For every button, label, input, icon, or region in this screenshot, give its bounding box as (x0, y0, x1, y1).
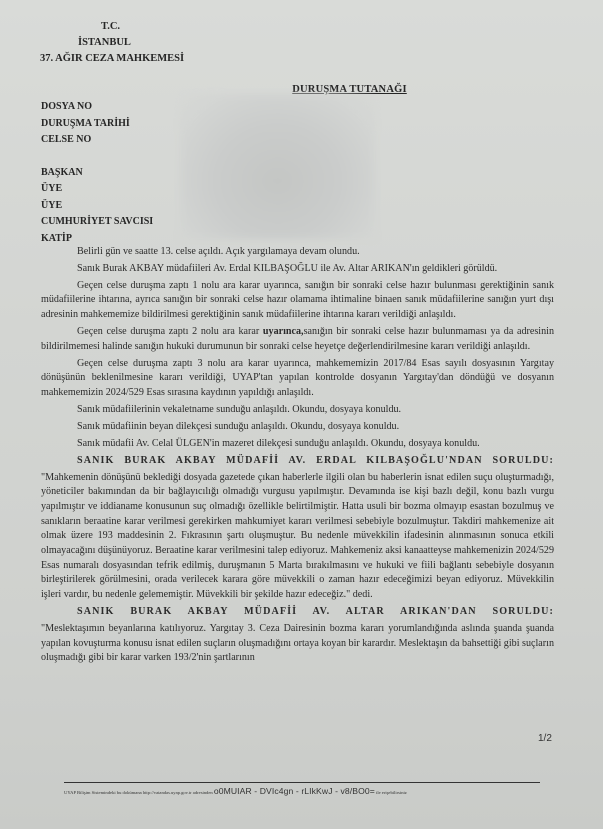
paragraph-excuse-petition: Sanık müdafii Av. Celal ÜLGEN'in mazeret… (41, 437, 554, 452)
paragraph-interim-2: Geçen celse duruşma zaptı 2 nolu ara kar… (41, 325, 554, 354)
paragraph-power-of-attorney: Sanık müdafiilerinin vekaletname sunduğu… (41, 403, 554, 418)
header-city: İSTANBUL (40, 35, 184, 51)
paragraph-opening: Belirli gün ve saatte 13. celse açıldı. … (41, 245, 554, 260)
paragraph-interim-1: Geçen celse duruşma zaptı 1 nolu ara kar… (41, 279, 554, 323)
paragraph-statement-petition: Sanık müdafiinin beyan dilekçesi sunduğu… (41, 420, 554, 435)
redacted-values-blur (180, 94, 375, 239)
document-page: T.C. İSTANBUL 37. AĞIR CEZA MAHKEMESİ DU… (0, 0, 603, 829)
case-fields: DOSYA NO DURUŞMA TARİHİ CELSE NO BAŞKAN … (41, 99, 153, 247)
field-dosya-no: DOSYA NO (41, 99, 153, 116)
field-uye-1: ÜYE (41, 181, 153, 198)
footer-divider (64, 782, 540, 783)
text-bold: uyarınca, (263, 326, 304, 337)
heading-question-2: SANIK BURAK AKBAY MÜDAFİİ AV. ALTAR ARIK… (41, 605, 554, 620)
paragraph-answer-1: "Mahkemenin dönüşünü beklediği dosyada g… (41, 471, 554, 603)
header-tc: T.C. (40, 19, 184, 35)
paragraph-interim-3: Geçen celse duruşma zaptı 3 nolu ara kar… (41, 357, 554, 401)
field-uye-2: ÜYE (41, 198, 153, 215)
court-header: T.C. İSTANBUL 37. AĞIR CEZA MAHKEMESİ (40, 19, 184, 67)
spacer (41, 149, 153, 165)
paragraph-attendance: Sanık Burak AKBAY müdafiileri Av. Erdal … (41, 262, 554, 277)
page-number: 1/2 (538, 733, 552, 744)
minutes-body: Belirli gün ve saatte 13. celse açıldı. … (41, 245, 554, 668)
field-durusma-tarihi: DURUŞMA TARİHİ (41, 116, 153, 133)
paragraph-answer-2: "Meslektaşımın beyanlarına katılıyoruz. … (41, 622, 554, 666)
field-cumhuriyet-savcisi: CUMHURİYET SAVCISI (41, 214, 153, 231)
verification-code: o0MUIAR - DVIc4gn - rLIkKwJ - v8/BO0= (214, 786, 375, 796)
text: Geçen celse duruşma zaptı 2 nolu ara kar… (77, 326, 263, 337)
field-celse-no: CELSE NO (41, 132, 153, 149)
field-baskan: BAŞKAN (41, 165, 153, 182)
footer-prefix: UYAP Bilişim Sistemindeki bu dokümana ht… (64, 790, 213, 795)
header-court: 37. AĞIR CEZA MAHKEMESİ (40, 51, 184, 67)
heading-question-1: SANIK BURAK AKBAY MÜDAFİİ AV. ERDAL KILB… (41, 454, 554, 469)
footer-verification: UYAP Bilişim Sistemindeki bu dokümana ht… (64, 786, 544, 798)
footer-suffix: ile erişebilirsiniz (376, 790, 407, 795)
